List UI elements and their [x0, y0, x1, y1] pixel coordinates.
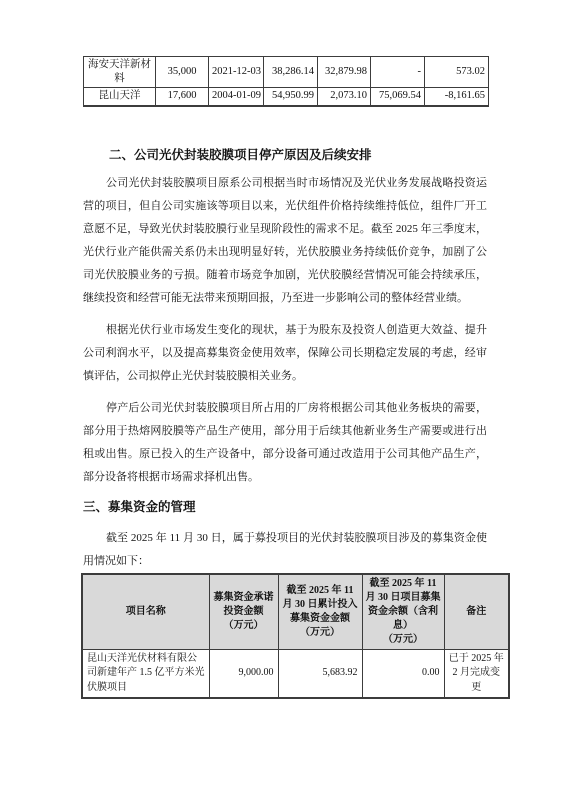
header-remark: 备注: [444, 574, 509, 650]
committed-amount-cell: 9,000.00: [209, 649, 278, 698]
table-row: 海安天洋新材料 35,000 2021-12-03 38,286.14 32,8…: [84, 57, 489, 88]
table-header-row: 项目名称 募集资金承诺投资金额 （万元） 截至 2025 年 11 月 30 日…: [82, 574, 509, 650]
header-invested-amount: 截至 2025 年 11 月 30 日累计投入募集资金金额 （万元）: [278, 574, 362, 650]
project-name-cell: 昆山天洋光伏材料有限公司新建年产 1.5 亿平方米光伏膜项目: [82, 649, 209, 698]
amount-cell: 17,600: [156, 88, 209, 106]
document-page: 海安天洋新材料 35,000 2021-12-03 38,286.14 32,8…: [83, 0, 487, 699]
invested-amount-cell: 5,683.92: [278, 649, 362, 698]
funds-intro-paragraph: 截至 2025 年 11 月 30 日，属于募投项目的光伏封装胶膜项目涉及的募集…: [83, 527, 487, 573]
body-paragraph: 公司光伏封装胶膜项目原系公司根据当时市场情况及光伏业务发展战略投资运营的项目，但…: [83, 172, 487, 310]
value-cell: 32,879.98: [318, 57, 371, 88]
section-3-heading: 三、募集资金的管理: [83, 499, 487, 515]
prior-investments-table: 海安天洋新材料 35,000 2021-12-03 38,286.14 32,8…: [83, 56, 489, 107]
value-cell: 54,950.99: [264, 88, 318, 106]
company-name-cell: 海安天洋新材料: [84, 57, 156, 88]
section-2-heading: 二、公司光伏封装胶膜项目停产原因及后续安排: [83, 147, 487, 163]
date-cell: 2004-01-09: [209, 88, 264, 106]
balance-amount-cell: 0.00: [362, 649, 444, 698]
value-cell: 2,073.10: [318, 88, 371, 106]
value-cell: 75,069.54: [371, 88, 425, 106]
header-committed-amount: 募集资金承诺投资金额 （万元）: [209, 574, 278, 650]
funds-usage-table: 项目名称 募集资金承诺投资金额 （万元） 截至 2025 年 11 月 30 日…: [81, 573, 510, 700]
table-row: 昆山天洋光伏材料有限公司新建年产 1.5 亿平方米光伏膜项目 9,000.00 …: [82, 649, 509, 698]
body-paragraph: 停产后公司光伏封装胶膜项目所占用的厂房将根据公司其他业务板块的需要，部分用于热熔…: [83, 397, 487, 489]
value-cell: -8,161.65: [425, 88, 489, 106]
value-cell: -: [371, 57, 425, 88]
header-project-name: 项目名称: [82, 574, 209, 650]
value-cell: 38,286.14: [264, 57, 318, 88]
amount-cell: 35,000: [156, 57, 209, 88]
company-name-cell: 昆山天洋: [84, 88, 156, 106]
header-balance-amount: 截至 2025 年 11 月 30 日项目募集资金余额（含利息） （万元）: [362, 574, 444, 650]
remark-cell: 已于 2025 年 2 月完成变更: [444, 649, 509, 698]
date-cell: 2021-12-03: [209, 57, 264, 88]
value-cell: 573.02: [425, 57, 489, 88]
table-row: 昆山天洋 17,600 2004-01-09 54,950.99 2,073.1…: [84, 88, 489, 106]
body-paragraph: 根据光伏行业市场发生变化的现状，基于为股东及投资人创造更大效益、提升公司利润水平…: [83, 319, 487, 388]
